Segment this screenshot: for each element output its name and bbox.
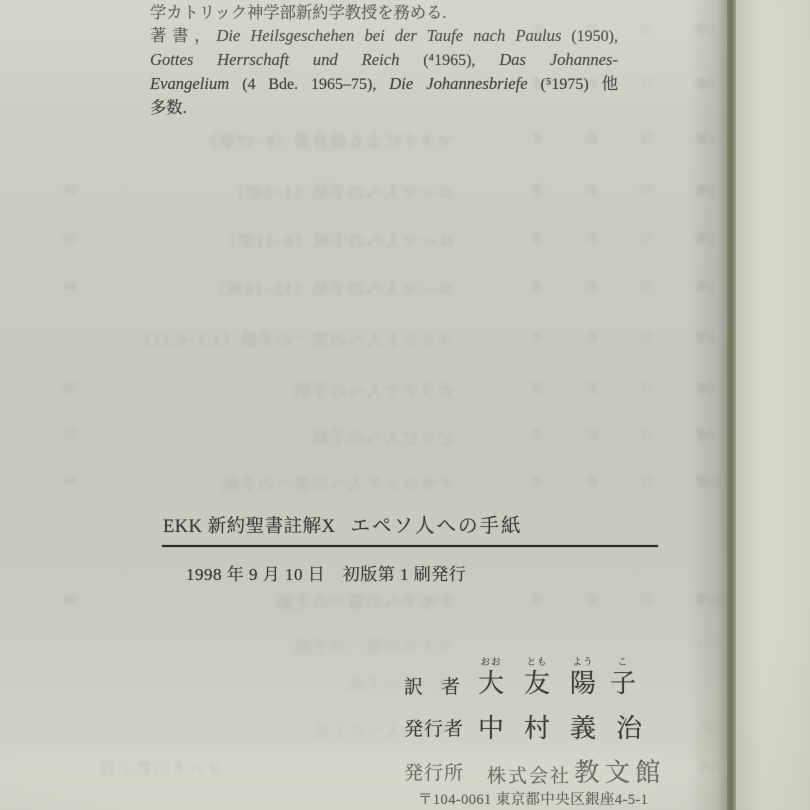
showthrough-smudge: 発 行 訳 者: [512, 591, 707, 607]
showthrough-title: テサロニケ人への第一の手紙: [221, 470, 455, 495]
furigana: よう: [563, 654, 603, 668]
horizontal-rule: [162, 545, 658, 547]
page-gutter-shadow: [688, 0, 730, 810]
translator-name-char: とも 友: [517, 654, 557, 699]
showthrough-title: ガラテヤ人への手紙: [293, 377, 455, 402]
showthrough-line: 58ガラテヤ人への手紙発 行 訳 者(8): [0, 377, 740, 401]
showthrough-smudge: 発 行 訳 者: [512, 230, 707, 246]
name-kanji: 子: [603, 670, 643, 699]
showthrough-smudge: 発 行 訳 者: [512, 182, 707, 198]
paper-light-band-top: [0, 0, 730, 118]
showthrough-line: 86テサロニケ人への第一の手紙発 行 訳 者(10): [0, 470, 740, 494]
translator-name-char: こ 子: [603, 654, 643, 699]
showthrough-smudge: 発 行 訳 者: [512, 278, 707, 294]
showthrough-smudge: 発 行 訳 者: [512, 427, 707, 443]
edition-date-line: 1998 年 9 月 10 日 初版第 1 刷発行: [186, 560, 466, 585]
name-kanji: 陽: [563, 670, 603, 699]
showthrough-title: コリント人への第一の手紙（1:1−6:11）: [134, 326, 455, 351]
translator-label-char: 訳: [404, 672, 423, 699]
showthrough-smudge: 発 行 訳 者: [512, 380, 707, 396]
showthrough-line: マタイによる福音書（8−17章）発 行 訳 者(3): [0, 127, 740, 151]
book-colophon-photo: 発 行 訳 者(1) 発 行 訳 者(2) マタイによる福音書（8−17章）発 …: [0, 0, 810, 810]
name-kanji: 大: [471, 670, 511, 699]
showthrough-title: ローマ人への手紙（6−11章）: [219, 227, 455, 252]
showthrough-page-number: 72: [64, 427, 77, 443]
showthrough-line: 30ローマ人への手紙（6−11章）発 行 訳 者(5): [0, 227, 740, 251]
translator-label-char: 者: [441, 672, 460, 699]
translator-name-char: よう 陽: [563, 654, 603, 699]
showthrough-page-number: 30: [64, 230, 77, 246]
showthrough-page-number: 98: [64, 591, 77, 607]
book-title: エペソ人への手紙: [351, 516, 523, 537]
series-title: EKK 新約聖書註解X: [163, 517, 336, 537]
showthrough-smudge: 発 行 訳 者: [512, 130, 707, 146]
showthrough-smudge: 発 行 訳 者: [512, 329, 707, 345]
showthrough-title: ローマ人への手紙（12−16章）: [208, 275, 455, 300]
name-kanji: 友: [517, 670, 557, 699]
showthrough-line: 44ローマ人への手紙（12−16章）発 行 訳 者(6): [0, 275, 740, 299]
showthrough-title: ローマ人への手紙（1−5章）: [227, 179, 455, 204]
showthrough-line: コリント人への第一の手紙（1:1−6:11）発 行 訳 者(7): [0, 326, 740, 350]
showthrough-page-number: 86: [64, 473, 77, 489]
furigana: こ: [603, 654, 643, 668]
translator-name-char: おお 大: [471, 654, 511, 699]
facing-page-edge: [736, 0, 810, 810]
showthrough-title: マタイによる福音書（8−17章）: [200, 127, 455, 152]
showthrough-line: 72ピリピ人への手紙発 行 訳 者(9): [0, 424, 740, 448]
showthrough-page-number: 44: [64, 278, 77, 294]
book-title-row: EKK 新約聖書註解Xエペソ人への手紙: [163, 510, 523, 538]
publisher-person-label: 発行者: [404, 714, 464, 741]
furigana: おお: [471, 654, 511, 668]
furigana: とも: [517, 654, 557, 668]
showthrough-title: ペテロの第一の手紙: [293, 632, 455, 657]
showthrough-line: 98テモテへの第一の手紙発 行 訳 者(11): [0, 588, 740, 612]
showthrough-page-number: 16: [64, 182, 77, 198]
showthrough-page-number: 58: [64, 380, 77, 396]
showthrough-title: テモテへの第一の手紙: [275, 588, 455, 613]
showthrough-line: ペテロの第一の手紙(12): [0, 632, 740, 656]
paper-light-band-bottom: [0, 738, 730, 810]
showthrough-smudge: 発 行 訳 者: [512, 473, 707, 489]
showthrough-line: 16ローマ人への手紙（1−5章）発 行 訳 者(4): [0, 179, 740, 203]
translator-label: 訳 者: [404, 672, 460, 699]
showthrough-title: ピリピ人への手紙: [311, 424, 455, 449]
